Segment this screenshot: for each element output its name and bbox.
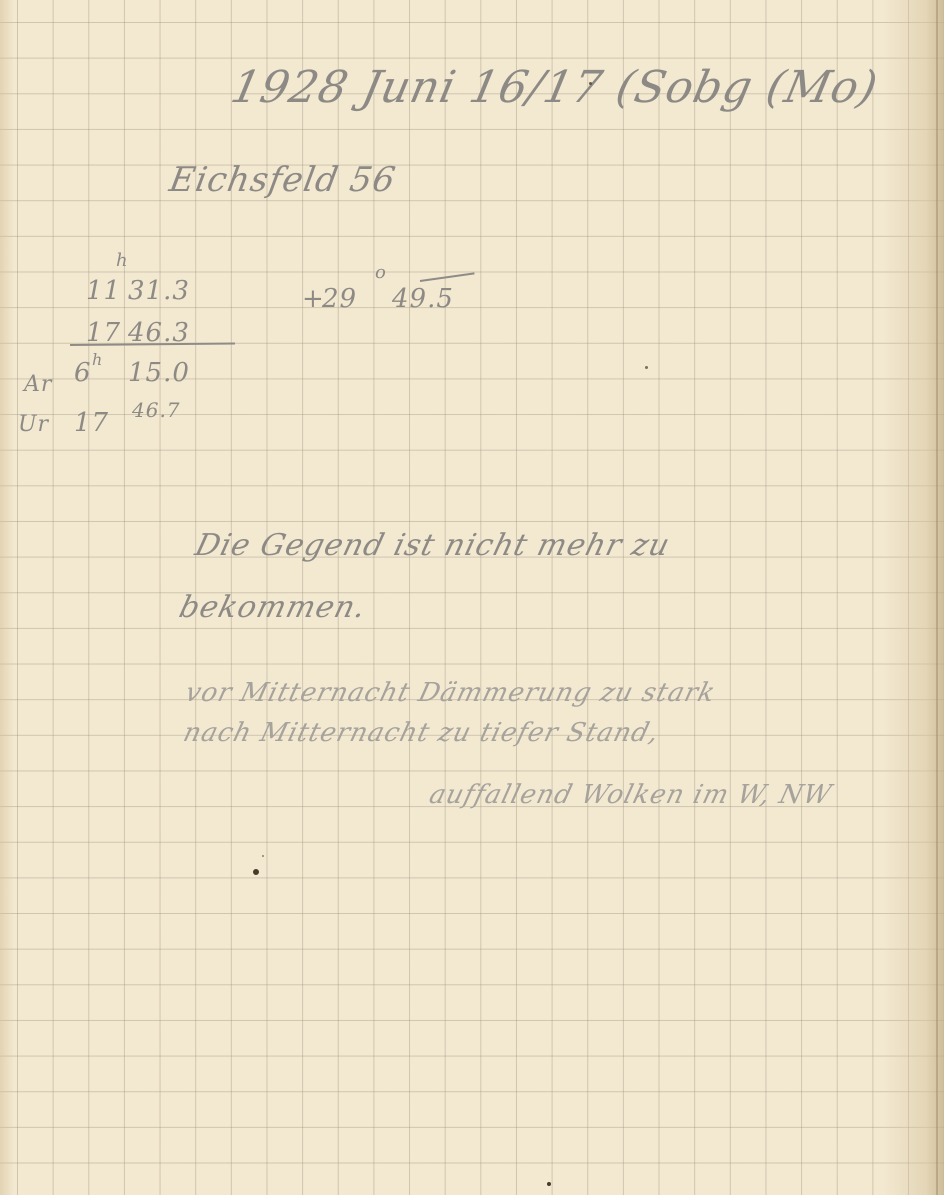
calc-row1-minutes: 31.3 [128,276,190,306]
result-hours: 6 [74,358,92,388]
result-minutes: 15.0 [128,358,190,388]
note-line-5: auffallend Wolken im W, NW [426,780,835,810]
declination-minutes: 49.5 [392,284,454,314]
observation-location: Eichsfeld 56 [166,160,399,200]
declination-degrees: 29 [322,284,357,314]
result-superscript: h [92,350,103,369]
result-label-ar: Ar [24,372,52,397]
result2-hours: 17 [74,408,109,438]
page-title-date: 1928 Juni 16/17 (Sobg (Mo) [227,62,883,113]
note-line-4: nach Mitternacht zu tiefer Stand, [180,718,662,748]
hour-superscript: h [116,250,129,271]
page-right-shading [884,0,944,1195]
page-edge [936,0,938,1195]
note-line-2: bekommen. [176,590,370,625]
result2-label-ur: Ur [18,412,49,437]
note-line-3: vor Mitternacht Dämmerung zu stark [182,678,718,708]
ink-speck [645,366,648,369]
grid-paper-page [0,0,944,1195]
ink-speck [589,82,592,85]
calc-row1-hours: 11 [86,276,121,306]
degree-mark: o [375,262,387,283]
page-left-shading [0,0,14,1195]
ink-speck [547,1182,551,1186]
ink-speck [253,869,259,875]
note-line-1: Die Gegend ist nicht mehr zu [192,528,674,563]
ink-speck [262,855,264,857]
result2-minutes: 46.7 [132,398,181,422]
